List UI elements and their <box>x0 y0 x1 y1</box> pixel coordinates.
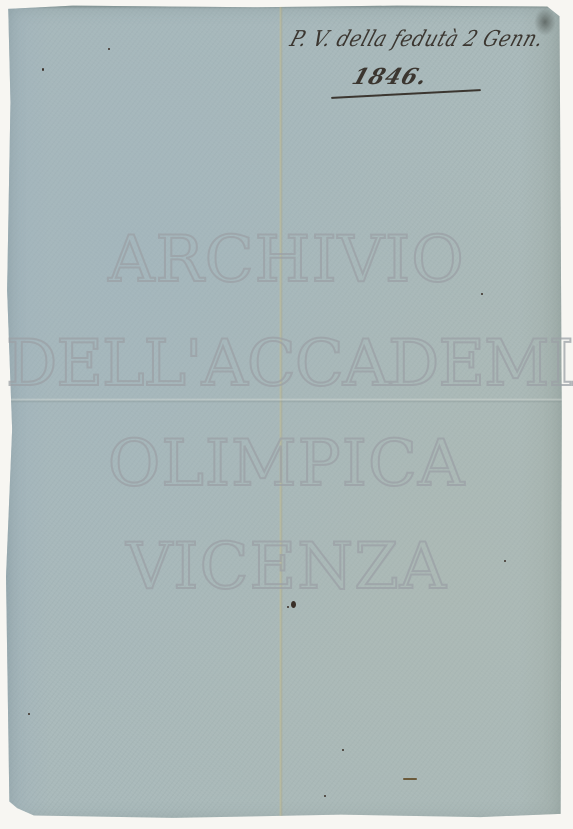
ink-speck <box>287 606 289 608</box>
vertical-fold-line <box>279 4 283 822</box>
handwritten-annotation: P. V. della fedutà 2 Genn. 1846. <box>291 22 571 102</box>
ink-speck <box>403 778 417 780</box>
ink-speck <box>291 601 296 608</box>
handwriting-line-1: P. V. della fedutà 2 Genn. <box>287 26 547 51</box>
handwriting-underline <box>331 89 481 99</box>
ink-speck <box>324 795 326 797</box>
ink-speck <box>342 749 344 751</box>
ink-speck <box>481 293 483 295</box>
ink-speck <box>504 560 506 562</box>
ink-speck <box>108 48 110 50</box>
ink-speck <box>28 713 30 715</box>
document-page: P. V. della fedutà 2 Genn. 1846. <box>6 4 564 822</box>
horizontal-fold-line <box>6 398 564 403</box>
ink-speck <box>42 68 44 71</box>
paper-top-edge <box>6 4 564 9</box>
handwriting-date: 1846. <box>349 64 431 90</box>
